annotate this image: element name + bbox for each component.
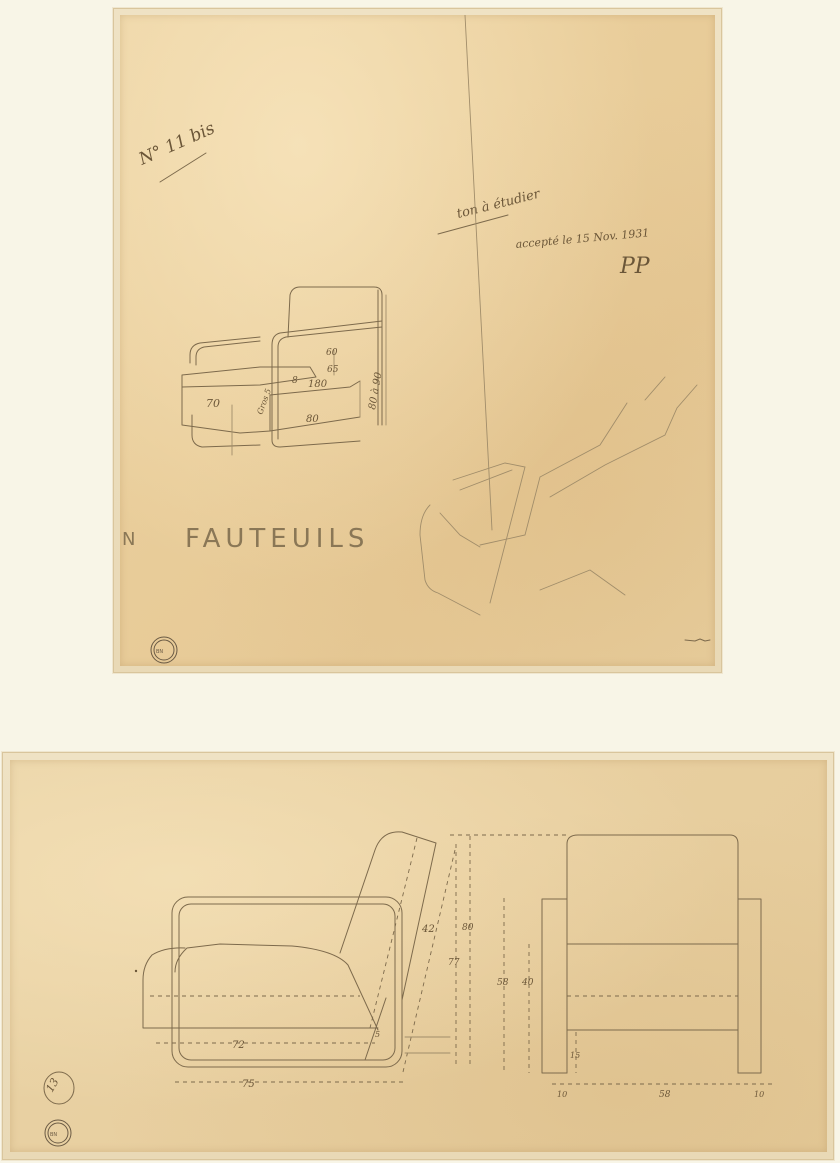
dim-overall-length: 75 [242, 1079, 255, 1090]
dim-seat-height: 70 [206, 397, 220, 410]
faint-armchair-sketch [420, 15, 697, 615]
dim-height-80: 80 [462, 923, 474, 933]
title-prefix-fragment: N [122, 529, 135, 550]
bottom-drawing-sheet: 72 75 42 5 77 80 [10, 760, 827, 1152]
dim-depth: 65 [327, 365, 339, 375]
circled-sheet-number: 13 [43, 1072, 74, 1104]
svg-text:BN: BN [156, 649, 163, 655]
dim-width: 180 [308, 379, 328, 390]
front-view: 58 40 15 10 58 10 [497, 835, 772, 1100]
corner-mark [685, 639, 710, 641]
drawing-title: FAUTEUILS [185, 524, 369, 554]
dim-inner-width: 58 [659, 1090, 671, 1100]
dim-height-58: 58 [497, 978, 509, 988]
svg-text:BN: BN [50, 1132, 57, 1138]
armchair-perspective: 70 60 65 180 80 8 80 à 90 Gros 5 [182, 287, 386, 455]
armchair-orthographic-drawing: 72 75 42 5 77 80 [10, 760, 827, 1152]
study-note: ton à étudier [455, 187, 542, 222]
dim-arm-width-left: 10 [557, 1090, 567, 1099]
dim-side: 8 [292, 376, 298, 386]
top-drawing-sheet: N° 11 bis ton à étudier accepté le 15 No… [120, 15, 715, 666]
dim-back-length: 42 [421, 924, 435, 935]
dim-seat-length: 72 [232, 1040, 245, 1051]
svg-text:13: 13 [43, 1076, 61, 1095]
dim-arm-width-right: 10 [754, 1090, 764, 1099]
dim-back-height: 60 [326, 348, 338, 358]
dim-height-40: 40 [521, 978, 534, 988]
armchair-perspective-sketch: N° 11 bis ton à étudier accepté le 15 No… [120, 15, 715, 666]
accepted-date-note: accepté le 15 Nov. 1931 [515, 226, 650, 251]
dim-small: 5 [375, 1030, 380, 1039]
dim-height-77: 77 [448, 958, 460, 968]
library-stamp: BN [45, 1120, 71, 1146]
dim-arm: 80 [306, 414, 319, 425]
initials: PP [619, 254, 651, 279]
library-stamp: BN [151, 637, 177, 663]
sheet-number-label: N° 11 bis [135, 118, 218, 170]
dim-leg-height: 15 [570, 1051, 580, 1060]
side-view: 72 75 42 5 77 80 [143, 832, 570, 1090]
